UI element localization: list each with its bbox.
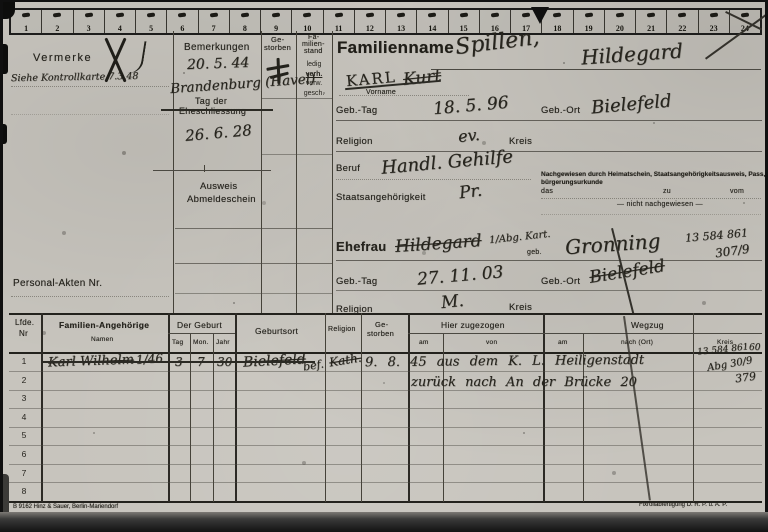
rule-line: [541, 198, 761, 199]
rule-line: [9, 371, 762, 372]
scan-background-band: [0, 512, 768, 532]
ruler-number: 20: [605, 24, 635, 33]
ruler-cell: 10: [292, 10, 323, 33]
punch-blob-icon: [116, 13, 124, 18]
ehefrau-religion-value: M.: [440, 291, 465, 313]
ehefrau-name-crossed: Hildegard: [394, 231, 482, 257]
punch-blob-icon: [241, 13, 249, 18]
printer-imprint: B 9162 Hinz & Sauer, Berlin-Mariendorf: [13, 504, 118, 510]
patent-imprint: Fixrollabfertigung D. R. P. u. A. P.: [639, 502, 727, 508]
nachweis-vom-label: vom: [730, 188, 744, 195]
table-row-number: 3: [9, 393, 39, 403]
ehefrau-label: Ehefrau: [336, 239, 387, 254]
ruler-number: 4: [105, 24, 135, 33]
geb-ort-label: Geb.-Ort: [541, 105, 580, 116]
religion-label: Religion: [336, 136, 373, 147]
punch-blob-icon: [303, 13, 311, 18]
rule-line: [9, 390, 762, 391]
geb-tag-label: Geb.-Tag: [336, 105, 377, 116]
rule-line: [175, 263, 332, 264]
rule-line: [541, 214, 761, 215]
ruler-cell: 21: [636, 10, 667, 33]
ruler: 123456789101112131415161718192021222324: [9, 8, 762, 35]
rule-line: [336, 260, 762, 261]
punch-blob-icon: [741, 13, 749, 18]
table-angehoerige-label: Familien-Angehörige: [59, 320, 149, 330]
nachweis-text-2: bürgerungsurkunde: [541, 179, 603, 186]
rule-line: [9, 313, 762, 315]
religion-value: ev.: [457, 125, 481, 146]
ruler-number: 3: [74, 24, 104, 33]
table-zugezogen-label: Hier zugezogen: [441, 320, 505, 330]
card: 123456789101112131415161718192021222324 …: [3, 2, 765, 512]
ruler-cell: 23: [699, 10, 730, 33]
ruler-cell: 13: [386, 10, 417, 33]
table-row-number: 2: [9, 375, 39, 385]
ruler-cell: 22: [667, 10, 698, 33]
ruler-cell: 3: [74, 10, 105, 33]
ehefrau-kreis-label: Kreis: [509, 302, 532, 313]
ruler-cell: 8: [230, 10, 261, 33]
table-row-number: 1: [9, 356, 39, 366]
familienstand-label: Fa-: [308, 34, 319, 41]
rule-line: [11, 86, 169, 87]
punch-blob-icon: [678, 13, 686, 18]
ruler-number: 18: [542, 24, 572, 33]
ruler-cell: 1: [11, 10, 42, 33]
familienstand-option: gesch.: [297, 89, 331, 99]
edge-mark: [3, 44, 8, 74]
rule-line: [332, 31, 333, 315]
punch-blob-icon: [709, 13, 717, 18]
vermerke-label: Vermerke: [33, 52, 92, 64]
edge-mark: [3, 124, 7, 144]
ruler-cell: 20: [605, 10, 636, 33]
bemerkungen-label: Bemerkungen: [184, 42, 250, 53]
familienstand-option: ledig: [297, 60, 331, 70]
ruler-cell: 11: [324, 10, 355, 33]
table-tag-label: Tag: [172, 339, 183, 346]
table-row-number: 4: [9, 412, 39, 422]
vermerke-note: Siehe Kontrollkarte 7.3.48: [11, 71, 139, 84]
abmeldeschein-label: Abmeldeschein: [187, 194, 256, 205]
ruler-cell: 4: [105, 10, 136, 33]
rule-line: [204, 165, 205, 172]
punch-blob-icon: [428, 13, 436, 18]
punch-blob-icon: [334, 13, 342, 18]
rule-line: [190, 333, 191, 502]
ehefrau-note: 1/Abg. Kart.: [489, 229, 551, 246]
table-gestorben-label2: storben: [367, 329, 394, 338]
rule-line: [9, 408, 762, 409]
ruler-number: 13: [386, 24, 416, 33]
ruler-number: 8: [230, 24, 260, 33]
rule-line: [336, 120, 762, 121]
table-lfde-label: Lfde.: [15, 318, 34, 327]
table-am-label: am: [419, 339, 429, 346]
punch-blob-icon: [272, 13, 280, 18]
ruler-cell: 6: [167, 10, 198, 33]
ruler-cell: 19: [574, 10, 605, 33]
familienname-value2: Hildegard: [580, 38, 683, 69]
table-geburt-label: Der Geburt: [177, 320, 222, 330]
punch-blob-icon: [459, 13, 467, 18]
geb-label: geb.: [527, 249, 542, 256]
nachweis-zu-label: zu: [663, 188, 671, 195]
ehefrau-nr2: 307/9: [714, 242, 750, 261]
table-wegzug-label: Wegzug: [631, 320, 664, 330]
eheschliessung-label2: Eheschliessung: [179, 106, 246, 116]
rule-line: [9, 427, 762, 428]
punch-blob-icon: [147, 13, 155, 18]
table-row-number: 6: [9, 449, 39, 459]
beruf-label: Beruf: [336, 163, 360, 174]
rule-line: [11, 114, 169, 115]
nicht-nachgewiesen-label: — nicht nachgewiesen —: [617, 201, 703, 208]
ruler-cell: 2: [42, 10, 73, 33]
table-religion-label: Religion: [328, 326, 356, 333]
rule-line: [262, 98, 332, 99]
ruler-number: 9: [261, 24, 291, 33]
table-am2-label: am: [558, 339, 568, 346]
punch-blob-icon: [616, 13, 624, 18]
rule-line: [213, 333, 214, 502]
strike-line: [161, 109, 273, 111]
ruler-number: 19: [574, 24, 604, 33]
punch-blob-icon: [397, 13, 405, 18]
staatsangehoerigkeit-label: Staatsangehörigkeit: [336, 192, 426, 203]
punch-blob-icon: [491, 13, 499, 18]
punch-blob-icon: [647, 13, 655, 18]
strike-line: [43, 361, 315, 363]
ruler-cell: 14: [417, 10, 448, 33]
punch-blob-icon: [22, 13, 30, 18]
eheschliessung-date: 26. 6. 28: [184, 121, 252, 145]
row1-nr3: 60: [749, 343, 760, 353]
rule-line: [336, 151, 762, 152]
rule-line: [336, 179, 531, 180]
row1-name-extra: 1/46: [136, 351, 164, 367]
punch-blob-icon: [522, 13, 530, 18]
punch-blob-icon: [553, 13, 561, 18]
nachweis-text-1: Nachgewiesen durch Heimatschein, Staatsa…: [541, 171, 765, 178]
ruler-number: 22: [667, 24, 697, 33]
ruler-cell: 7: [199, 10, 230, 33]
table-jahr-label: Jahr: [216, 339, 230, 346]
ruler-number: 21: [636, 24, 666, 33]
ruler-number: 5: [136, 24, 166, 33]
ruler-number: 23: [699, 24, 729, 33]
table-geburtsort-label: Geburtsort: [255, 326, 298, 336]
punch-blob-icon: [584, 13, 592, 18]
bemerkungen-date: 20. 5. 44: [187, 55, 250, 73]
gestorben-col-label2: storben: [264, 43, 291, 52]
rule-line: [262, 154, 332, 155]
rule-line: [11, 296, 169, 297]
rule-line: [339, 95, 469, 96]
ruler-number: 1: [11, 24, 41, 33]
familienstand-label3: stand: [304, 48, 323, 55]
rule-line: [173, 31, 174, 315]
rule-line: [336, 290, 762, 291]
table-row-number: 5: [9, 430, 39, 440]
punch-blob-icon: [209, 13, 217, 18]
registration-card-scan: 123456789101112131415161718192021222324 …: [0, 0, 768, 532]
row1-nr1: 13 584 861: [697, 342, 749, 357]
rule-line: [168, 333, 235, 334]
punch-blob-icon: [84, 13, 92, 18]
rule-line: [431, 69, 761, 70]
punch-blob-icon: [53, 13, 61, 18]
rule-line: [175, 228, 332, 229]
table-namen-label: Namen: [91, 336, 113, 343]
punch-blob-icon: [178, 13, 186, 18]
kreis-label: Kreis: [509, 136, 532, 147]
eheschliessung-label: Tag der: [195, 96, 227, 106]
ausweis-label: Ausweis: [200, 181, 237, 192]
ruler-number: 11: [324, 24, 354, 33]
row1-nr4: 379: [734, 370, 757, 386]
ruler-cell: 12: [355, 10, 386, 33]
rule-line: [9, 464, 762, 465]
ruler-cell: 9: [261, 10, 292, 33]
ruler-number: 6: [167, 24, 197, 33]
row1-entry-line1: 9. 8. 45 aus dem K. L. Heiligenstadt: [365, 353, 644, 370]
rule-line: [9, 482, 762, 483]
nachweis-das-label: das: [541, 188, 553, 195]
rule-line: [9, 445, 762, 446]
table-gestorben-label: Ge-: [375, 320, 388, 329]
personal-akten-label: Personal-Akten Nr.: [13, 278, 102, 289]
rule-line: [408, 333, 762, 334]
ehefrau-geb-ort-label: Geb.-Ort: [541, 276, 580, 287]
geb-ort-value: Bielefeld: [590, 91, 672, 119]
ruler-number: 2: [42, 24, 72, 33]
ruler-cell: 5: [136, 10, 167, 33]
ruler-number: 12: [355, 24, 385, 33]
rule-line: [175, 293, 332, 294]
ehefrau-geb-tag-label: Geb.-Tag: [336, 276, 377, 287]
familienstand-label2: milien-: [302, 41, 325, 48]
vorname-crossed-value: Kurt: [402, 66, 442, 90]
index-marker-triangle-icon: [531, 7, 549, 24]
table-row-number: 8: [9, 486, 39, 496]
table-von-label: von: [486, 339, 497, 346]
table-mon-label: Mon.: [193, 339, 209, 346]
punch-blob-icon: [366, 13, 374, 18]
geb-tag-value: 18. 5. 96: [432, 93, 509, 120]
ruler-number: 14: [417, 24, 447, 33]
staatsangehoerigkeit-value: Pr.: [458, 181, 483, 204]
row1-entry-line2: zurück nach An der Brücke 20: [411, 375, 637, 390]
rule-line: [153, 170, 271, 171]
ruler-cell: 15: [449, 10, 480, 33]
familienname-label: Familienname: [337, 38, 454, 58]
ruler-number: 7: [199, 24, 229, 33]
ehefrau-geb-tag-value: 27. 11. 03: [416, 262, 504, 289]
table-row-number: 7: [9, 468, 39, 478]
table-nr-label: Nr: [19, 329, 28, 338]
bemerkungen-place: Brandenburg (Havel): [170, 71, 316, 97]
